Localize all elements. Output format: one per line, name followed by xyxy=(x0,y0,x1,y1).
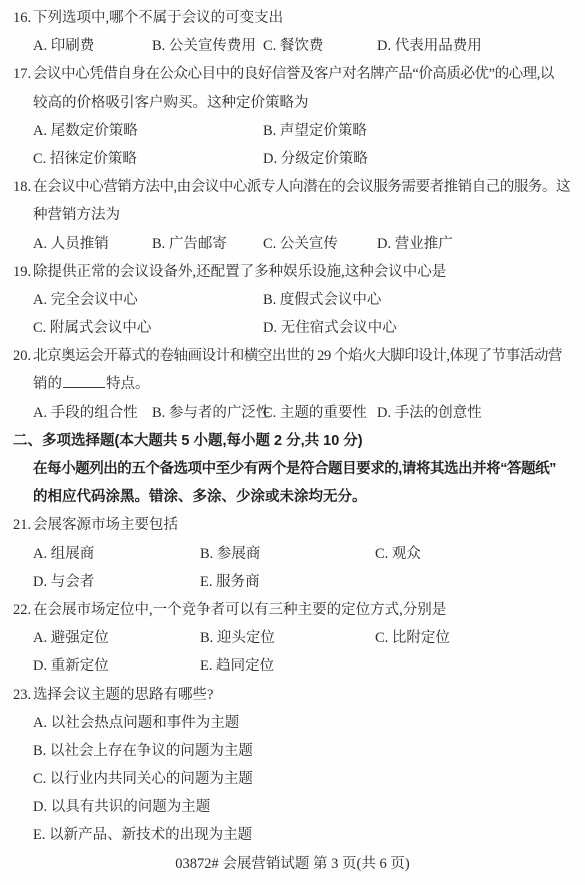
question-23-option-e: E. 以新产品、新技术的出现为主题 xyxy=(33,821,252,849)
fill-in-blank-line xyxy=(63,373,105,389)
question-22-option-b: B. 迎头定位 xyxy=(200,624,275,652)
question-21-options-row-2: D. 与会者 E. 服务商 xyxy=(0,568,585,596)
question-16-stem: 下列选项中,哪个不属于会议的可变支出 xyxy=(33,4,283,32)
question-19-option-a: A. 完全会议中心 xyxy=(33,286,138,314)
question-18-stem-row-1: 18. 在会议中心营销方法中,由会议中心派专人向潜在的会议服务需要者推销自己的服… xyxy=(0,173,585,201)
section-2-instruction-row-2: 的相应代码涂黑。错涂、多涂、少涂或未涂均无分。 xyxy=(0,483,585,511)
question-17-option-c: C. 招徕定价策略 xyxy=(33,145,137,173)
question-21-options-row-1: A. 组展商 B. 参展商 C. 观众 xyxy=(0,540,585,568)
question-19-option-b: B. 度假式会议中心 xyxy=(263,286,381,314)
question-21-number: 21. xyxy=(13,511,31,539)
question-21-option-d: D. 与会者 xyxy=(33,568,94,596)
question-20-stem-after-blank: 特点。 xyxy=(106,376,150,392)
question-23-option-b-row: B. 以社会上存在争议的问题为主题 xyxy=(0,737,585,765)
question-23-number: 23. xyxy=(13,681,31,709)
exam-page: 16. 下列选项中,哪个不属于会议的可变支出 A. 印刷费 B. 公关宣传费用 … xyxy=(0,0,585,885)
question-18-options-row: A. 人员推销 B. 广告邮寄 C. 公关宣传 D. 营业推广 xyxy=(0,230,585,258)
question-18-option-d: D. 营业推广 xyxy=(377,230,453,258)
question-18-option-a: A. 人员推销 xyxy=(33,230,109,258)
question-19-option-d: D. 无住宿式会议中心 xyxy=(263,314,397,342)
question-21-option-a: A. 组展商 xyxy=(33,540,94,568)
question-22-option-a: A. 避强定位 xyxy=(33,624,109,652)
question-16-options-row: A. 印刷费 B. 公关宣传费用 C. 餐饮费 D. 代表用品费用 xyxy=(0,32,585,60)
question-16-option-d: D. 代表用品费用 xyxy=(377,32,482,60)
question-17-options-row-2: C. 招徕定价策略 D. 分级定价策略 xyxy=(0,145,585,173)
question-22-options-row-2: D. 重新定位 E. 趋同定位 xyxy=(0,652,585,680)
question-20-option-a: A. 手段的组合性 xyxy=(33,399,138,427)
question-18-option-c: C. 公关宣传 xyxy=(263,230,338,258)
section-2-heading: 二、多项选择题(本大题共 5 小题,每小题 2 分,共 10 分) xyxy=(13,427,363,455)
question-18-option-b: B. 广告邮寄 xyxy=(152,230,227,258)
question-17-number: 17. xyxy=(13,60,31,88)
question-20-option-d: D. 手法的创意性 xyxy=(377,399,482,427)
section-2-instruction-row-1: 在每小题列出的五个备选项中至少有两个是符合题目要求的,请将其选出并将“答题纸” xyxy=(0,455,585,483)
question-23-option-e-row: E. 以新产品、新技术的出现为主题 xyxy=(0,821,585,849)
question-22-number: 22. xyxy=(13,596,31,624)
question-19-stem: 除提供正常的会议设备外,还配置了多种娱乐设施,这种会议中心是 xyxy=(33,258,446,286)
question-21-option-b: B. 参展商 xyxy=(200,540,260,568)
question-22-stem-row: 22. 在会展市场定位中,一个竞争者可以有三种主要的定位方式,分别是 xyxy=(0,596,585,624)
question-23-stem-row: 23. 选择会议主题的思路有哪些? xyxy=(0,681,585,709)
question-18-stem-line1: 在会议中心营销方法中,由会议中心派专人向潜在的会议服务需要者推销自己的服务。这 xyxy=(33,173,570,201)
question-23-option-c: C. 以行业内共同关心的问题为主题 xyxy=(33,765,253,793)
question-21-option-e: E. 服务商 xyxy=(200,568,260,596)
question-17-options-row-1: A. 尾数定价策略 B. 声望定价策略 xyxy=(0,117,585,145)
page-footer-row: 03872# 会展营销试题 第 3 页(共 6 页) xyxy=(0,850,585,878)
question-22-option-e: E. 趋同定位 xyxy=(200,652,274,680)
section-2-instruction-line1: 在每小题列出的五个备选项中至少有两个是符合题目要求的,请将其选出并将“答题纸” xyxy=(33,455,556,483)
question-23-option-b: B. 以社会上存在争议的问题为主题 xyxy=(33,737,253,765)
question-21-option-c: C. 观众 xyxy=(375,540,421,568)
question-16-option-c: C. 餐饮费 xyxy=(263,32,323,60)
question-23-option-a-row: A. 以社会热点问题和事件为主题 xyxy=(0,709,585,737)
question-22-options-row-1: A. 避强定位 B. 迎头定位 C. 比附定位 xyxy=(0,624,585,652)
question-17-option-a: A. 尾数定价策略 xyxy=(33,117,138,145)
question-17-stem-row-2: 较高的价格吸引客户购买。这种定价策略为 xyxy=(0,89,585,117)
question-20-stem-line1: 北京奥运会开幕式的卷轴画设计和横空出世的 29 个焰火大脚印设计,体现了节事活动… xyxy=(33,342,562,370)
question-19-number: 19. xyxy=(13,258,31,286)
question-23-option-a: A. 以社会热点问题和事件为主题 xyxy=(33,709,239,737)
question-20-option-b: B. 参与者的广泛性 xyxy=(152,399,270,427)
question-20-number: 20. xyxy=(13,342,31,370)
question-17-option-b: B. 声望定价策略 xyxy=(263,117,367,145)
question-16-option-a: A. 印刷费 xyxy=(33,32,94,60)
question-20-stem-before-blank: 销的 xyxy=(33,376,62,392)
question-19-options-row-2: C. 附属式会议中心 D. 无住宿式会议中心 xyxy=(0,314,585,342)
question-20-option-c: C. 主题的重要性 xyxy=(263,399,367,427)
question-23-stem: 选择会议主题的思路有哪些? xyxy=(33,681,213,709)
question-20-options-row: A. 手段的组合性 B. 参与者的广泛性 C. 主题的重要性 D. 手法的创意性 xyxy=(0,399,585,427)
question-21-stem: 会展客源市场主要包括 xyxy=(33,511,178,539)
question-18-stem-row-2: 种营销方法为 xyxy=(0,201,585,229)
question-18-stem-line2: 种营销方法为 xyxy=(33,201,120,229)
question-23-option-c-row: C. 以行业内共同关心的问题为主题 xyxy=(0,765,585,793)
question-20-stem-line2: 销的特点。 xyxy=(33,370,150,398)
section-2-heading-row: 二、多项选择题(本大题共 5 小题,每小题 2 分,共 10 分) xyxy=(0,427,585,455)
question-16-number: 16. xyxy=(13,4,31,32)
question-16-option-b: B. 公关宣传费用 xyxy=(152,32,256,60)
question-16-stem-row: 16. 下列选项中,哪个不属于会议的可变支出 xyxy=(0,4,585,32)
question-17-stem-line2: 较高的价格吸引客户购买。这种定价策略为 xyxy=(33,89,309,117)
question-17-stem-line1: 会议中心凭借自身在公众心目中的良好信誉及客户对名牌产品“价高质必优”的心理,以 xyxy=(33,60,554,88)
question-22-option-d: D. 重新定位 xyxy=(33,652,109,680)
question-19-stem-row: 19. 除提供正常的会议设备外,还配置了多种娱乐设施,这种会议中心是 xyxy=(0,258,585,286)
question-19-options-row-1: A. 完全会议中心 B. 度假式会议中心 xyxy=(0,286,585,314)
question-19-option-c: C. 附属式会议中心 xyxy=(33,314,151,342)
section-2-instruction-line2: 的相应代码涂黑。错涂、多涂、少涂或未涂均无分。 xyxy=(33,483,367,511)
question-22-stem: 在会展市场定位中,一个竞争者可以有三种主要的定位方式,分别是 xyxy=(33,596,446,624)
question-20-stem-row-1: 20. 北京奥运会开幕式的卷轴画设计和横空出世的 29 个焰火大脚印设计,体现了… xyxy=(0,342,585,370)
question-17-option-d: D. 分级定价策略 xyxy=(263,145,368,173)
question-22-option-c: C. 比附定位 xyxy=(375,624,450,652)
page-footer: 03872# 会展营销试题 第 3 页(共 6 页) xyxy=(175,856,409,872)
question-21-stem-row: 21. 会展客源市场主要包括 xyxy=(0,511,585,539)
question-20-stem-row-2: 销的特点。 xyxy=(0,370,585,398)
question-18-number: 18. xyxy=(13,173,31,201)
question-23-option-d-row: D. 以具有共识的问题为主题 xyxy=(0,793,585,821)
question-23-option-d: D. 以具有共识的问题为主题 xyxy=(33,793,210,821)
question-17-stem-row-1: 17. 会议中心凭借自身在公众心目中的良好信誉及客户对名牌产品“价高质必优”的心… xyxy=(0,60,585,88)
